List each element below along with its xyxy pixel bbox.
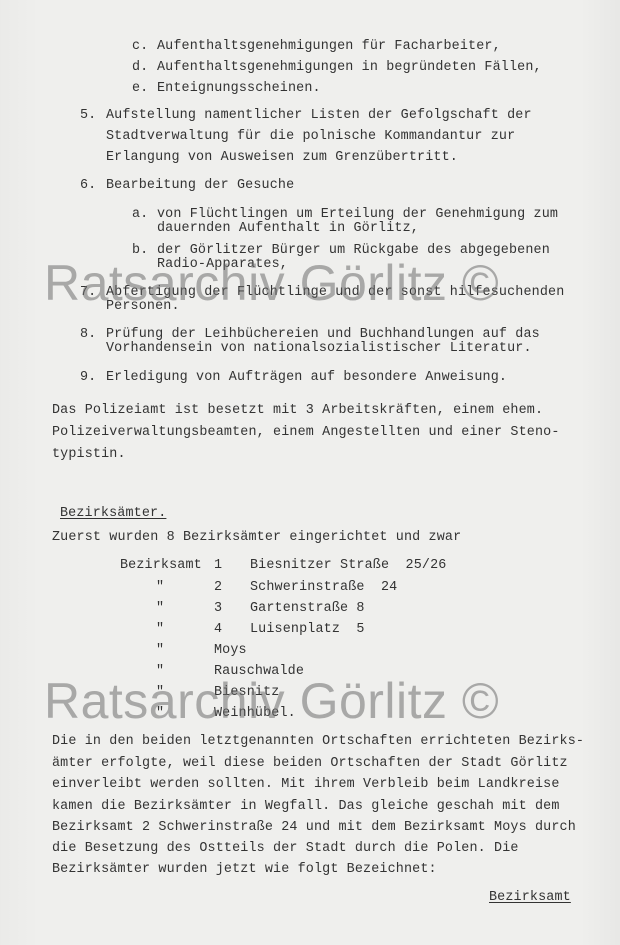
district-number: 2 (214, 580, 222, 596)
list-item-text: Enteignungsscheinen. (157, 81, 321, 97)
ditto-mark: " (156, 601, 164, 617)
list-item-text: dauernden Aufenthalt in Görlitz, (157, 221, 419, 237)
list-marker: 8. (80, 327, 96, 343)
district-address: Schwerinstraße 24 (250, 580, 397, 596)
paragraph-line: ämter erfolgte, weil diese beiden Ortsch… (52, 756, 568, 772)
ditto-mark: " (156, 580, 164, 596)
list-marker: 5. (80, 108, 96, 124)
paragraph-line: typistin. (52, 447, 126, 463)
list-item-text: Aufenthaltsgenehmigungen in begründeten … (157, 60, 542, 76)
paragraph-line: Bezirksamt 2 Schwerinstraße 24 und mit d… (52, 820, 576, 836)
list-item-text: Stadtverwaltung für die polnische Komman… (106, 129, 515, 145)
paragraph-line: Polizeiverwaltungsbeamten, einem Angeste… (52, 425, 560, 441)
section-heading: Bezirksämter. (60, 506, 166, 522)
ditto-mark: " (156, 622, 164, 638)
list-item-text: Erlangung von Ausweisen zum Grenzübertri… (106, 150, 458, 166)
district-address: Weinhübel. (214, 706, 296, 722)
list-item-text: Bearbeitung der Gesuche (106, 178, 294, 194)
district-address: Rauschwalde (214, 664, 304, 680)
district-address: Biesnitz (214, 685, 280, 701)
list-item-text: Aufenthaltsgenehmigungen für Facharbeite… (157, 39, 501, 55)
paragraph-line: die Besetzung des Ostteils der Stadt dur… (52, 841, 519, 857)
list-marker: 7. (80, 285, 96, 301)
paragraph-line: Das Polizeiamt ist besetzt mit 3 Arbeits… (52, 403, 543, 419)
list-marker: 6. (80, 178, 96, 194)
ditto-mark: " (156, 706, 164, 722)
district-number: 3 (214, 601, 222, 617)
list-marker: e. (132, 81, 148, 97)
list-marker: c. (132, 39, 148, 55)
intro-line: Zuerst wurden 8 Bezirksämter eingerichte… (52, 530, 461, 546)
list-item-text: Vorhandensein von nationalsozialistische… (106, 341, 532, 357)
paragraph-line: Bezirksämter wurden jetzt wie folgt Beze… (52, 862, 437, 878)
district-number: 4 (214, 622, 222, 638)
list-item-text: Radio-Apparates, (157, 257, 288, 273)
ditto-mark: " (156, 664, 164, 680)
list-item-text: Personen. (106, 299, 180, 315)
list-item-text: Erledigung von Aufträgen auf besondere A… (106, 370, 507, 386)
district-address: Biesnitzer Straße 25/26 (250, 558, 446, 574)
district-address: Moys (214, 643, 247, 659)
ditto-mark: " (156, 685, 164, 701)
district-address: Luisenplatz 5 (250, 622, 365, 638)
district-address: Gartenstraße 8 (250, 601, 365, 617)
continuation-heading: Bezirksamt (489, 890, 571, 906)
paragraph-line: einverleibt werden sollten. Mit ihrem Ve… (52, 777, 560, 793)
list-marker: d. (132, 60, 148, 76)
paragraph-line: kamen die Bezirksämter in Wegfall. Das g… (52, 799, 560, 815)
ditto-mark: " (156, 643, 164, 659)
list-marker: a. (132, 207, 148, 223)
list-item-text: Aufstellung namentlicher Listen der Gefo… (106, 108, 532, 124)
district-label: Bezirksamt (120, 558, 202, 574)
paragraph-line: Die in den beiden letztgenannten Ortscha… (52, 734, 584, 750)
document-page: c. Aufenthaltsgenehmigungen für Facharbe… (0, 0, 620, 945)
district-number: 1 (214, 558, 222, 574)
list-marker: 9. (80, 370, 96, 386)
list-marker: b. (132, 243, 148, 259)
